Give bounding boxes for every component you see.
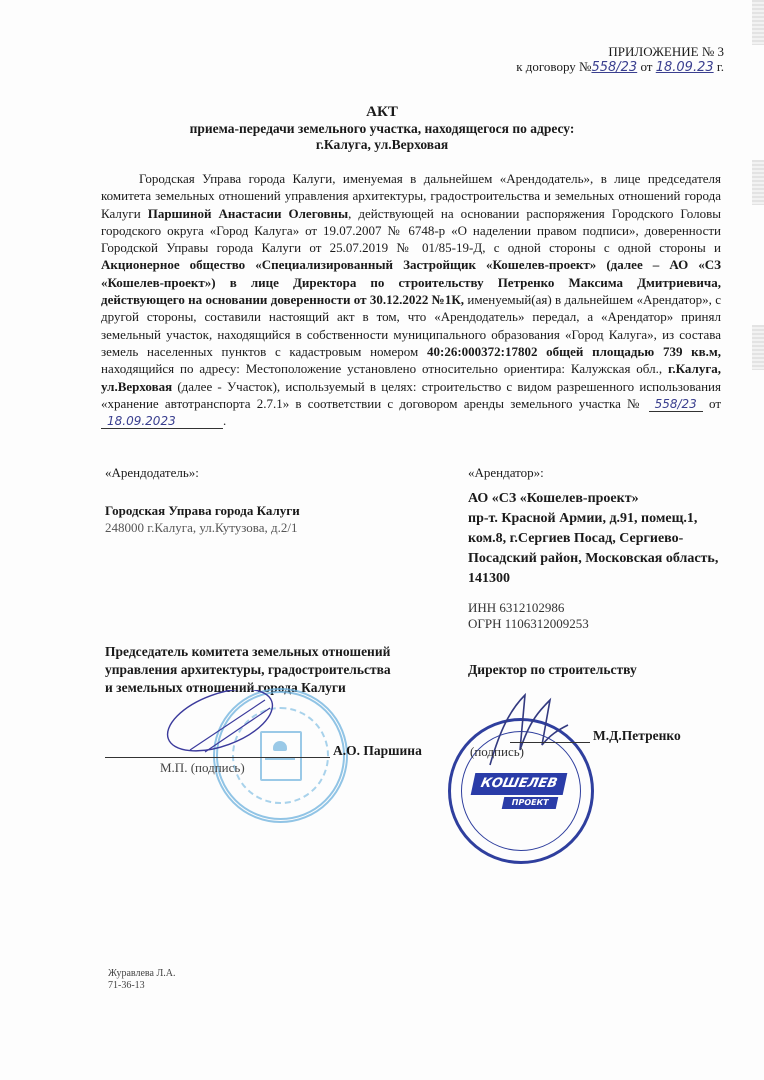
lessee-label: «Арендатор»: — [468, 464, 544, 482]
executor-phone: 71-36-13 — [108, 980, 175, 992]
kosheliev-logo: КОШЕЛЕВ — [471, 773, 568, 795]
document-address: г.Калуга, ул.Верховая — [0, 137, 764, 153]
lessee-sign-caption: (подпись) — [470, 744, 524, 760]
appendix-number: ПРИЛОЖЕНИЕ № 3 — [516, 44, 724, 59]
executor-name: Журавлева Л.А. — [108, 968, 175, 980]
lessee-details: АО «СЗ «Кошелев-проект» пр-т. Красной Ар… — [468, 489, 728, 589]
handwritten-contract-date: 18.09.23 — [656, 60, 714, 75]
lessee-inn: ИНН 6312102986 — [468, 600, 589, 616]
lessor-label: «Арендодатель»: — [105, 464, 199, 482]
lessee-address: пр-т. Красной Армии, д.91, помещ.1, ком.… — [468, 509, 728, 589]
document-title: АКТ — [0, 104, 764, 121]
scan-edge-artifact — [752, 160, 764, 205]
lessor-signatory-title: Председатель комитета земельных отношени… — [105, 643, 395, 697]
lessor-name: Городская Управа города Калуги — [105, 502, 300, 520]
lessee-signatory-name: М.Д.Петренко — [593, 728, 681, 744]
lessee-name: АО «СЗ «Кошелев-проект» — [468, 489, 728, 509]
lessor-signatory-name: А.О. Паршина — [333, 743, 422, 759]
lessor-signature — [150, 690, 290, 760]
lessor-address: 248000 г.Калуга, ул.Кутузова, д.2/1 — [105, 519, 297, 537]
lessee-registration: ИНН 6312102986 ОГРН 1106312009253 — [468, 600, 589, 632]
lessor-representative: Паршиной Анастасии Олеговны — [148, 206, 348, 221]
scan-edge-artifact — [752, 325, 764, 370]
lessor-sign-caption: М.П. (подпись) — [160, 760, 245, 776]
handwritten-contract-no: 558/23 — [649, 397, 703, 412]
document-subtitle: приема-передачи земельного участка, нахо… — [0, 121, 764, 137]
executor-footer: Журавлева Л.А. 71-36-13 — [108, 968, 175, 992]
kosheliev-logo-sub: ПРОЕКТ — [502, 797, 559, 809]
appendix-header: ПРИЛОЖЕНИЕ № 3 к договору №558/23 от 18.… — [516, 44, 724, 75]
lessee-signature-line — [510, 742, 590, 743]
lessee-signatory-title: Директор по строительству — [468, 662, 637, 678]
act-body-paragraph: Городская Управа города Калуги, именуема… — [101, 170, 721, 429]
handwritten-contract-no: 558/23 — [591, 60, 637, 75]
handwritten-contract-date: 18.09.2023 — [101, 414, 223, 429]
appendix-contract-ref: к договору №558/23 от 18.09.23 г. — [516, 59, 724, 75]
cadastral-number-area: 40:26:000372:17802 общей площадью 739 кв… — [427, 344, 721, 359]
scan-edge-artifact — [752, 0, 764, 45]
lessor-signature-line — [105, 757, 330, 758]
lessee-ogrn: ОГРН 1106312009253 — [468, 616, 589, 632]
document-page: ПРИЛОЖЕНИЕ № 3 к договору №558/23 от 18.… — [0, 0, 764, 1080]
